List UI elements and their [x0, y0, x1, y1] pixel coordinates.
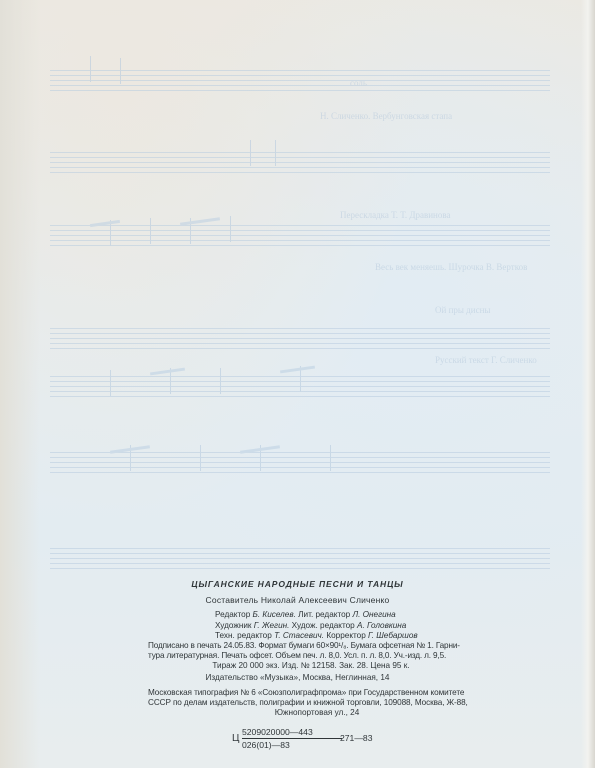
catalog-denominator: 026(01)—83 — [242, 740, 290, 750]
credits-block: Редактор Б. Киселев. Лит. редактор Л. Он… — [215, 610, 475, 642]
colophon: ЦЫГАНСКИЕ НАРОДНЫЕ ПЕСНИ И ТАНЦЫ Состави… — [0, 0, 595, 768]
print-line: Подписано в печать 24.05.83. Формат бума… — [148, 641, 456, 651]
credits-row: Художник Г. Жегин. Худож. редактор А. Го… — [215, 621, 475, 632]
fraction-bar — [242, 738, 342, 739]
compiler-line: Составитель Николай Алексеевич Сличенко — [0, 595, 595, 605]
printer-line: СССР по делам издательств, полиграфии и … — [148, 698, 456, 708]
credits-row: Редактор Б. Киселев. Лит. редактор Л. Он… — [215, 610, 475, 621]
print-details: Подписано в печать 24.05.83. Формат бума… — [148, 641, 456, 672]
credit-name: Т. Стасевич. — [274, 631, 326, 640]
credit-role: Редактор — [215, 610, 253, 619]
catalog-numerator: 5209020000—443 — [242, 727, 313, 737]
printer-line: Московская типография № 6 «Союзполиграфп… — [148, 688, 456, 698]
printer-line: Южнопортовая ул., 24 — [148, 708, 456, 718]
credit-role: Художник — [215, 621, 254, 630]
credit-name: Г. Шебаршов — [368, 631, 418, 640]
print-line: тура литературная. Печать офсет. Объем п… — [148, 651, 456, 661]
credit-name: Б. Киселев. — [253, 610, 299, 619]
credit-role: Лит. редактор — [298, 610, 352, 619]
credit-role: Корректор — [326, 631, 368, 640]
credit-role: Техн. редактор — [215, 631, 274, 640]
catalog-prefix: Ц — [232, 733, 239, 744]
credit-name: А. Головкина — [357, 621, 406, 630]
credit-role: Худож. редактор — [292, 621, 357, 630]
print-line: Тираж 20 000 экз. Изд. № 12158. Зак. 28.… — [148, 661, 456, 671]
credit-name: Г. Жегин. — [254, 621, 292, 630]
credit-name: Л. Онегина — [352, 610, 395, 619]
catalog-suffix: 271—83 — [340, 733, 373, 743]
publisher-line: Издательство «Музыка», Москва, Неглинная… — [0, 673, 595, 682]
book-title: ЦЫГАНСКИЕ НАРОДНЫЕ ПЕСНИ И ТАНЦЫ — [0, 579, 595, 589]
credits-row: Техн. редактор Т. Стасевич. Корректор Г.… — [215, 631, 475, 642]
printer-block: Московская типография № 6 «Союзполиграфп… — [148, 688, 456, 719]
